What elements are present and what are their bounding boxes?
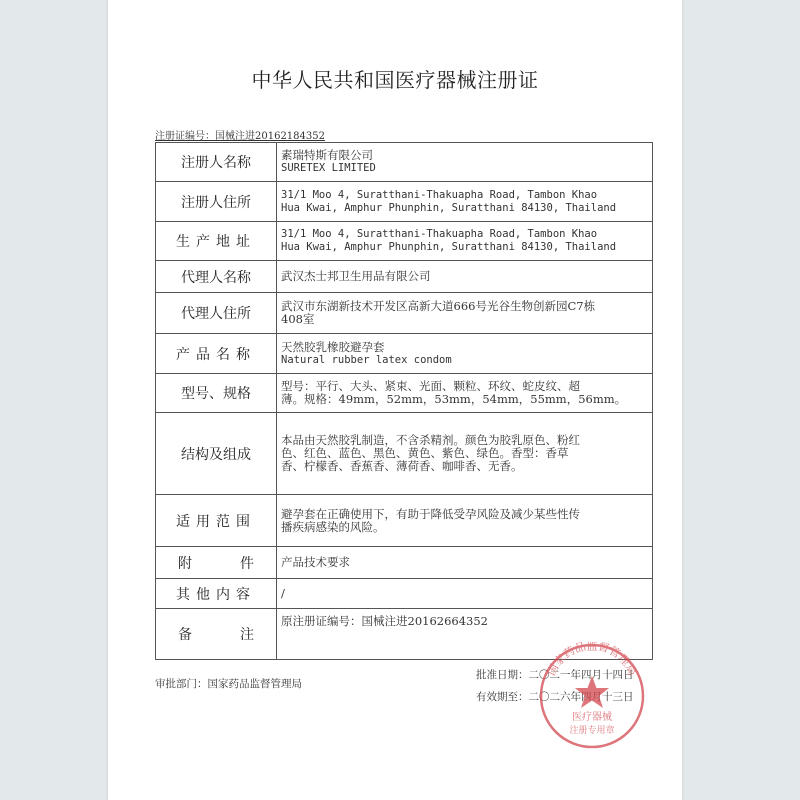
row-label: 适用范围 [156, 495, 277, 547]
row-label: 其他内容 [156, 579, 277, 609]
table-row-registrant-name: 注册人名称 素瑞特斯有限公司 SURETEX LIMITED [156, 143, 653, 182]
table-row-attachment: 附件 产品技术要求 [156, 547, 653, 579]
table-row-registrant-address: 注册人住所 31/1 Moo 4, Suratthani-Thakuapha R… [156, 182, 653, 222]
certificate-table: 注册人名称 素瑞特斯有限公司 SURETEX LIMITED 注册人住所 31/… [155, 142, 653, 660]
seal-outer-text: 国家药品监督管理局 [545, 642, 639, 678]
value-line: / [281, 587, 648, 600]
row-label: 附件 [156, 547, 277, 579]
registration-number: 注册证编号：国械注进20162184352 [155, 127, 325, 142]
value-line: 产品技术要求 [281, 556, 648, 569]
value-line: 408室 [281, 313, 648, 326]
value-line: SURETEX LIMITED [281, 162, 648, 175]
row-value: 31/1 Moo 4, Suratthani-Thakuapha Road, T… [277, 182, 653, 222]
value-line: 避孕套在正确使用下，有助于降低受孕风险及减少某些性传 [281, 508, 648, 521]
approval-department: 审批部门：国家药品监督管理局 [155, 676, 302, 691]
value-line: 播疾病感染的风险。 [281, 521, 648, 534]
certificate-title: 中华人民共和国医疗器械注册证 [108, 64, 682, 93]
approval-department-value: 国家药品监督管理局 [208, 678, 303, 690]
value-line: 31/1 Moo 4, Suratthani-Thakuapha Road, T… [281, 189, 648, 202]
row-value: 天然胶乳橡胶避孕套 Natural rubber latex condom [277, 334, 653, 374]
expiry-date-label: 有效期至： [476, 691, 529, 703]
row-label: 产品名称 [156, 334, 277, 374]
approval-department-label: 审批部门： [155, 678, 208, 690]
row-value: 本品由天然胶乳制造，不含杀精剂。颜色为胶乳原色、粉红 色、红色、蓝色、黑色、黄色… [277, 413, 653, 495]
row-label: 生产地址 [156, 222, 277, 261]
row-label: 结构及组成 [156, 413, 277, 495]
row-label: 备注 [156, 609, 277, 660]
value-line: Natural rubber latex condom [281, 354, 648, 367]
row-value: 型号：平行、大头、紧束、光面、颗粒、环纹、蛇皮纹、超 薄。规格：49mm，52m… [277, 374, 653, 413]
row-value: 武汉市东湖新技术开发区高新大道666号光谷生物创新园C7栋 408室 [277, 293, 653, 334]
row-value: 31/1 Moo 4, Suratthani-Thakuapha Road, T… [277, 222, 653, 261]
seal-inner-line1: 医疗器械 [572, 710, 612, 723]
row-value: 素瑞特斯有限公司 SURETEX LIMITED [277, 143, 653, 182]
official-seal-stamp: 国家药品监督管理局 医疗器械 注册专用章 [538, 642, 646, 750]
row-value: 避孕套在正确使用下，有助于降低受孕风险及减少某些性传 播疾病感染的风险。 [277, 495, 653, 547]
seal-inner-line2: 注册专用章 [569, 724, 614, 736]
registration-number-value: 国械注进20162184352 [215, 131, 325, 142]
registration-number-label: 注册证编号： [155, 131, 215, 142]
row-label: 代理人名称 [156, 261, 277, 293]
value-line: 香、柠檬香、香蕉香、薄荷香、咖啡香、无香。 [281, 460, 648, 473]
value-line: Hua Kwai, Amphur Phunphin, Suratthani 84… [281, 202, 648, 215]
value-line: 薄。规格：49mm，52mm，53mm，54mm，55mm，56mm。 [281, 393, 648, 406]
row-value: / [277, 579, 653, 609]
table-row-product-name: 产品名称 天然胶乳橡胶避孕套 Natural rubber latex cond… [156, 334, 653, 374]
value-line: Hua Kwai, Amphur Phunphin, Suratthani 84… [281, 241, 648, 254]
row-label: 注册人名称 [156, 143, 277, 182]
value-line: 31/1 Moo 4, Suratthani-Thakuapha Road, T… [281, 228, 648, 241]
row-value: 武汉杰士邦卫生用品有限公司 [277, 261, 653, 293]
approval-date-label: 批准日期： [476, 669, 529, 681]
star-icon [575, 676, 609, 708]
table-row-scope: 适用范围 避孕套在正确使用下，有助于降低受孕风险及减少某些性传 播疾病感染的风险… [156, 495, 653, 547]
value-line: 天然胶乳橡胶避孕套 [281, 341, 648, 354]
row-value: 产品技术要求 [277, 547, 653, 579]
row-label: 注册人住所 [156, 182, 277, 222]
table-row-model-spec: 型号、规格 型号：平行、大头、紧束、光面、颗粒、环纹、蛇皮纹、超 薄。规格：49… [156, 374, 653, 413]
table-row-other: 其他内容 / [156, 579, 653, 609]
table-row-structure: 结构及组成 本品由天然胶乳制造，不含杀精剂。颜色为胶乳原色、粉红 色、红色、蓝色… [156, 413, 653, 495]
value-line: 素瑞特斯有限公司 [281, 149, 648, 162]
table-row-agent-name: 代理人名称 武汉杰士邦卫生用品有限公司 [156, 261, 653, 293]
row-label: 型号、规格 [156, 374, 277, 413]
table-row-production-address: 生产地址 31/1 Moo 4, Suratthani-Thakuapha Ro… [156, 222, 653, 261]
value-line: 武汉市东湖新技术开发区高新大道666号光谷生物创新园C7栋 [281, 300, 648, 313]
table-row-agent-address: 代理人住所 武汉市东湖新技术开发区高新大道666号光谷生物创新园C7栋 408室 [156, 293, 653, 334]
row-label: 代理人住所 [156, 293, 277, 334]
value-line: 原注册证编号：国械注进20162664352 [281, 615, 648, 628]
value-line: 武汉杰士邦卫生用品有限公司 [281, 270, 648, 283]
certificate-page: 中华人民共和国医疗器械注册证 注册证编号：国械注进20162184352 注册人… [108, 0, 682, 800]
